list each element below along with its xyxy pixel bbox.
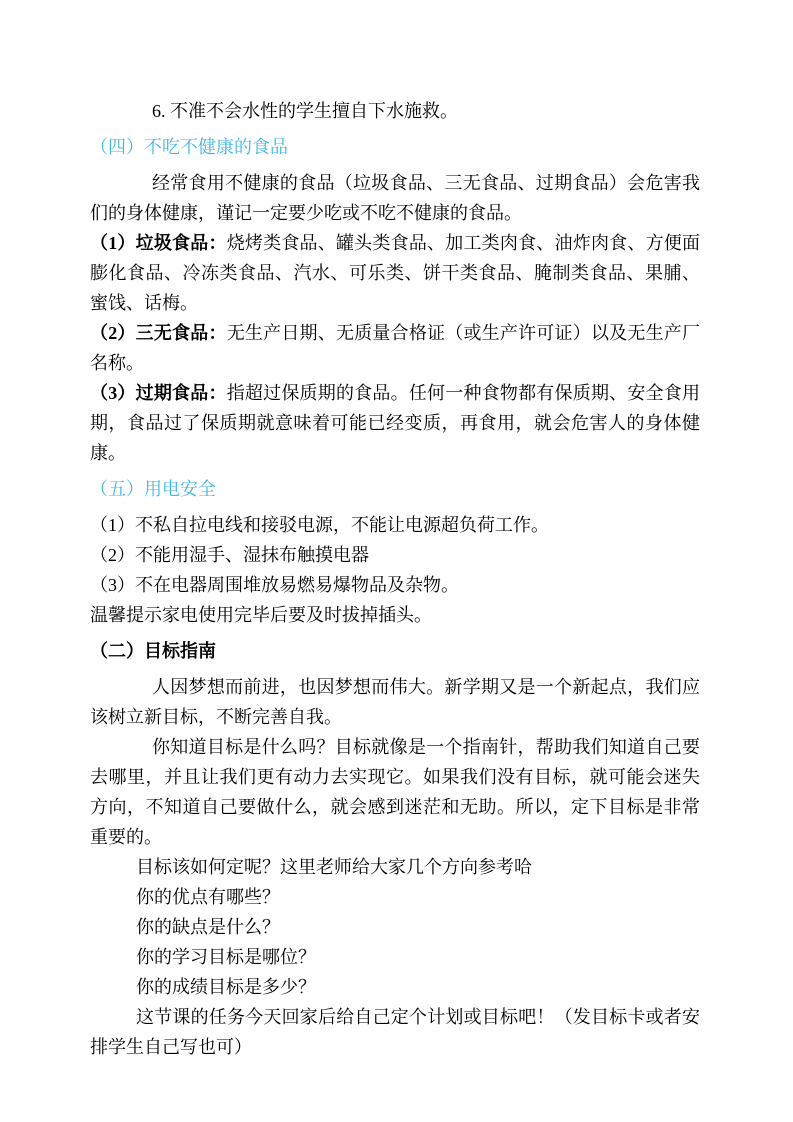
para-dream: 人因梦想而前进，也因梦想而伟大。新学期又是一个新起点，我们应该树立新目标，不断完… <box>90 672 700 732</box>
electric-rule-1: （1）不私自拉电线和接驳电源，不能让电源超负荷工作。 <box>90 510 700 540</box>
term-label: （2）三无食品： <box>90 323 227 343</box>
para-unhealthy-food-intro: 经常食用不健康的食品（垃圾食品、三无食品、过期食品）会危害我们的身体健康，谨记一… <box>90 168 700 228</box>
para-junk-food: （1）垃圾食品：烧烤类食品、罐头类食品、加工类肉食、油炸肉食、方便面膨化食品、冷… <box>90 228 700 318</box>
document-page: 6. 不准不会水性的学生擅自下水施救。（四）不吃不健康的食品经常食用不健康的食品… <box>0 0 793 1122</box>
question-score-goal: 你的成绩目标是多少？ <box>90 972 700 1002</box>
section-heading-unhealthy-food: （四）不吃不健康的食品 <box>90 132 700 162</box>
electric-tip-line: 温馨提示家电使用完毕后要及时拔掉插头。 <box>90 600 700 630</box>
question-study-goal: 你的学习目标是哪位？ <box>90 942 700 972</box>
question-strengths: 你的优点有哪些？ <box>90 882 700 912</box>
para-no-label-food: （2）三无食品：无生产日期、无质量合格证（或生产许可证）以及无生产厂名称。 <box>90 318 700 378</box>
rule-line-6: 6. 不准不会水性的学生擅自下水施救。 <box>90 96 700 126</box>
electric-rule-2: （2）不能用湿手、湿抹布触摸电器 <box>90 540 700 570</box>
question-weaknesses: 你的缺点是什么？ <box>90 912 700 942</box>
para-expired-food: （3）过期食品：指超过保质期的食品。任何一种食物都有保质期、安全食用期，食品过了… <box>90 378 700 468</box>
line-how-to-set-goal: 目标该如何定呢？这里老师给大家几个方向参考哈 <box>90 852 700 882</box>
electric-rule-3: （3）不在电器周围堆放易燃易爆物品及杂物。 <box>90 570 700 600</box>
term-label: （1）垃圾食品： <box>90 233 227 253</box>
section-heading-electric-safety: （五）用电安全 <box>90 474 700 504</box>
term-label: （3）过期食品： <box>90 383 227 403</box>
para-what-is-goal: 你知道目标是什么吗？目标就像是一个指南针，帮助我们知道自己要去哪里，并且让我们更… <box>90 732 700 852</box>
section-heading-goal-guide: （二）目标指南 <box>90 636 700 666</box>
para-homework-task: 这节课的任务今天回家后给自己定个计划或目标吧！（发目标卡或者安排学生自己写也可） <box>90 1002 700 1062</box>
